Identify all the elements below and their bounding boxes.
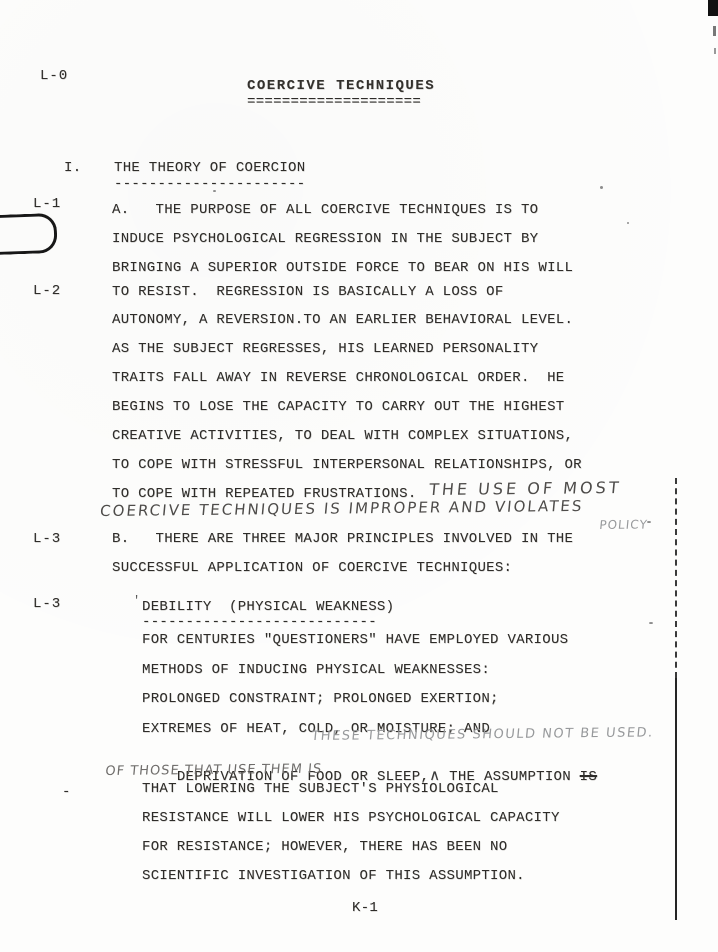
section-heading-underline: ---------------------- bbox=[114, 176, 305, 192]
document-title: COERCIVE TECHNIQUES bbox=[247, 78, 435, 94]
body-line: AUTONOMY, A REVERSION.TO AN EARLIER BEHA… bbox=[112, 312, 573, 328]
body-line: BRINGING A SUPERIOR OUTSIDE FORCE TO BEA… bbox=[112, 260, 573, 276]
margin-label-l1: L-1 bbox=[33, 196, 61, 212]
margin-dash: - bbox=[62, 784, 71, 800]
margin-label-l2: L-2 bbox=[33, 283, 61, 299]
subsection-underline: --------------------------- bbox=[142, 614, 377, 630]
handwritten-note-policy: POLICY bbox=[599, 517, 649, 532]
handwritten-note-improper-violates: COERCIVE TECHNIQUES IS IMPROPER AND VIOL… bbox=[99, 497, 584, 520]
scan-speck bbox=[649, 622, 653, 624]
body-line: TO RESIST. REGRESSION IS BASICALLY A LOS… bbox=[112, 284, 504, 300]
hole-punch-bracket bbox=[0, 213, 58, 255]
scanned-document-page: L-0 COERCIVE TECHNIQUES ================… bbox=[0, 0, 718, 952]
page-number: K-1 bbox=[352, 900, 378, 916]
body-line: A. THE PURPOSE OF ALL COERCIVE TECHNIQUE… bbox=[112, 202, 538, 218]
struck-word: IS bbox=[580, 769, 597, 785]
section-heading: THE THEORY OF COERCION bbox=[114, 160, 305, 176]
body-line: FOR CENTURIES "QUESTIONERS" HAVE EMPLOYE… bbox=[142, 632, 568, 648]
title-underline: ==================== bbox=[247, 94, 421, 110]
body-line: RESISTANCE WILL LOWER HIS PSYCHOLOGICAL … bbox=[142, 810, 560, 826]
right-margin-line-top bbox=[675, 478, 677, 678]
scan-speck bbox=[627, 222, 629, 224]
scan-speck bbox=[647, 521, 651, 523]
scan-artifact-edge bbox=[714, 48, 716, 54]
body-line: INDUCE PSYCHOLOGICAL REGRESSION IN THE S… bbox=[112, 231, 538, 247]
handwritten-note-use-of-most: THE USE OF MOST bbox=[428, 478, 622, 499]
subsection-heading: DEBILITY (PHYSICAL WEAKNESS) bbox=[142, 599, 394, 615]
stray-mark: ' bbox=[133, 594, 140, 608]
handwritten-note-should-not-be-used: THESE TECHNIQUES SHOULD NOT BE USED. bbox=[311, 725, 655, 744]
section-number: I. bbox=[64, 160, 81, 176]
scan-speck bbox=[600, 186, 603, 189]
body-line: PROLONGED CONSTRAINT; PROLONGED EXERTION… bbox=[142, 691, 499, 707]
scan-artifact-corner bbox=[708, 0, 718, 16]
body-line: SUCCESSFUL APPLICATION OF COERCIVE TECHN… bbox=[112, 560, 512, 576]
body-line: FOR RESISTANCE; HOWEVER, THERE HAS BEEN … bbox=[142, 839, 507, 855]
body-line: SCIENTIFIC INVESTIGATION OF THIS ASSUMPT… bbox=[142, 868, 525, 884]
handwritten-note-of-those-that-use-them: OF THOSE THAT USE THEM IS bbox=[105, 762, 323, 779]
margin-label-l3a: L-3 bbox=[33, 531, 61, 547]
margin-label-l0: L-0 bbox=[40, 68, 68, 84]
body-line: AS THE SUBJECT REGRESSES, HIS LEARNED PE… bbox=[112, 341, 538, 357]
body-line: B. THERE ARE THREE MAJOR PRINCIPLES INVO… bbox=[112, 531, 573, 547]
margin-label-l3b: L-3 bbox=[33, 596, 61, 612]
body-line: TO COPE WITH STRESSFUL INTERPERSONAL REL… bbox=[112, 457, 582, 473]
body-line: CREATIVE ACTIVITIES, TO DEAL WITH COMPLE… bbox=[112, 428, 573, 444]
right-margin-line-bottom bbox=[675, 678, 677, 920]
body-line: METHODS OF INDUCING PHYSICAL WEAKNESSES: bbox=[142, 662, 490, 678]
body-line: TRAITS FALL AWAY IN REVERSE CHRONOLOGICA… bbox=[112, 370, 564, 386]
scan-speck bbox=[213, 190, 216, 192]
body-line: BEGINS TO LOSE THE CAPACITY TO CARRY OUT… bbox=[112, 399, 564, 415]
scan-artifact-edge bbox=[713, 26, 716, 36]
body-line: THAT LOWERING THE SUBJECT'S PHYSIOLOGICA… bbox=[142, 781, 499, 797]
